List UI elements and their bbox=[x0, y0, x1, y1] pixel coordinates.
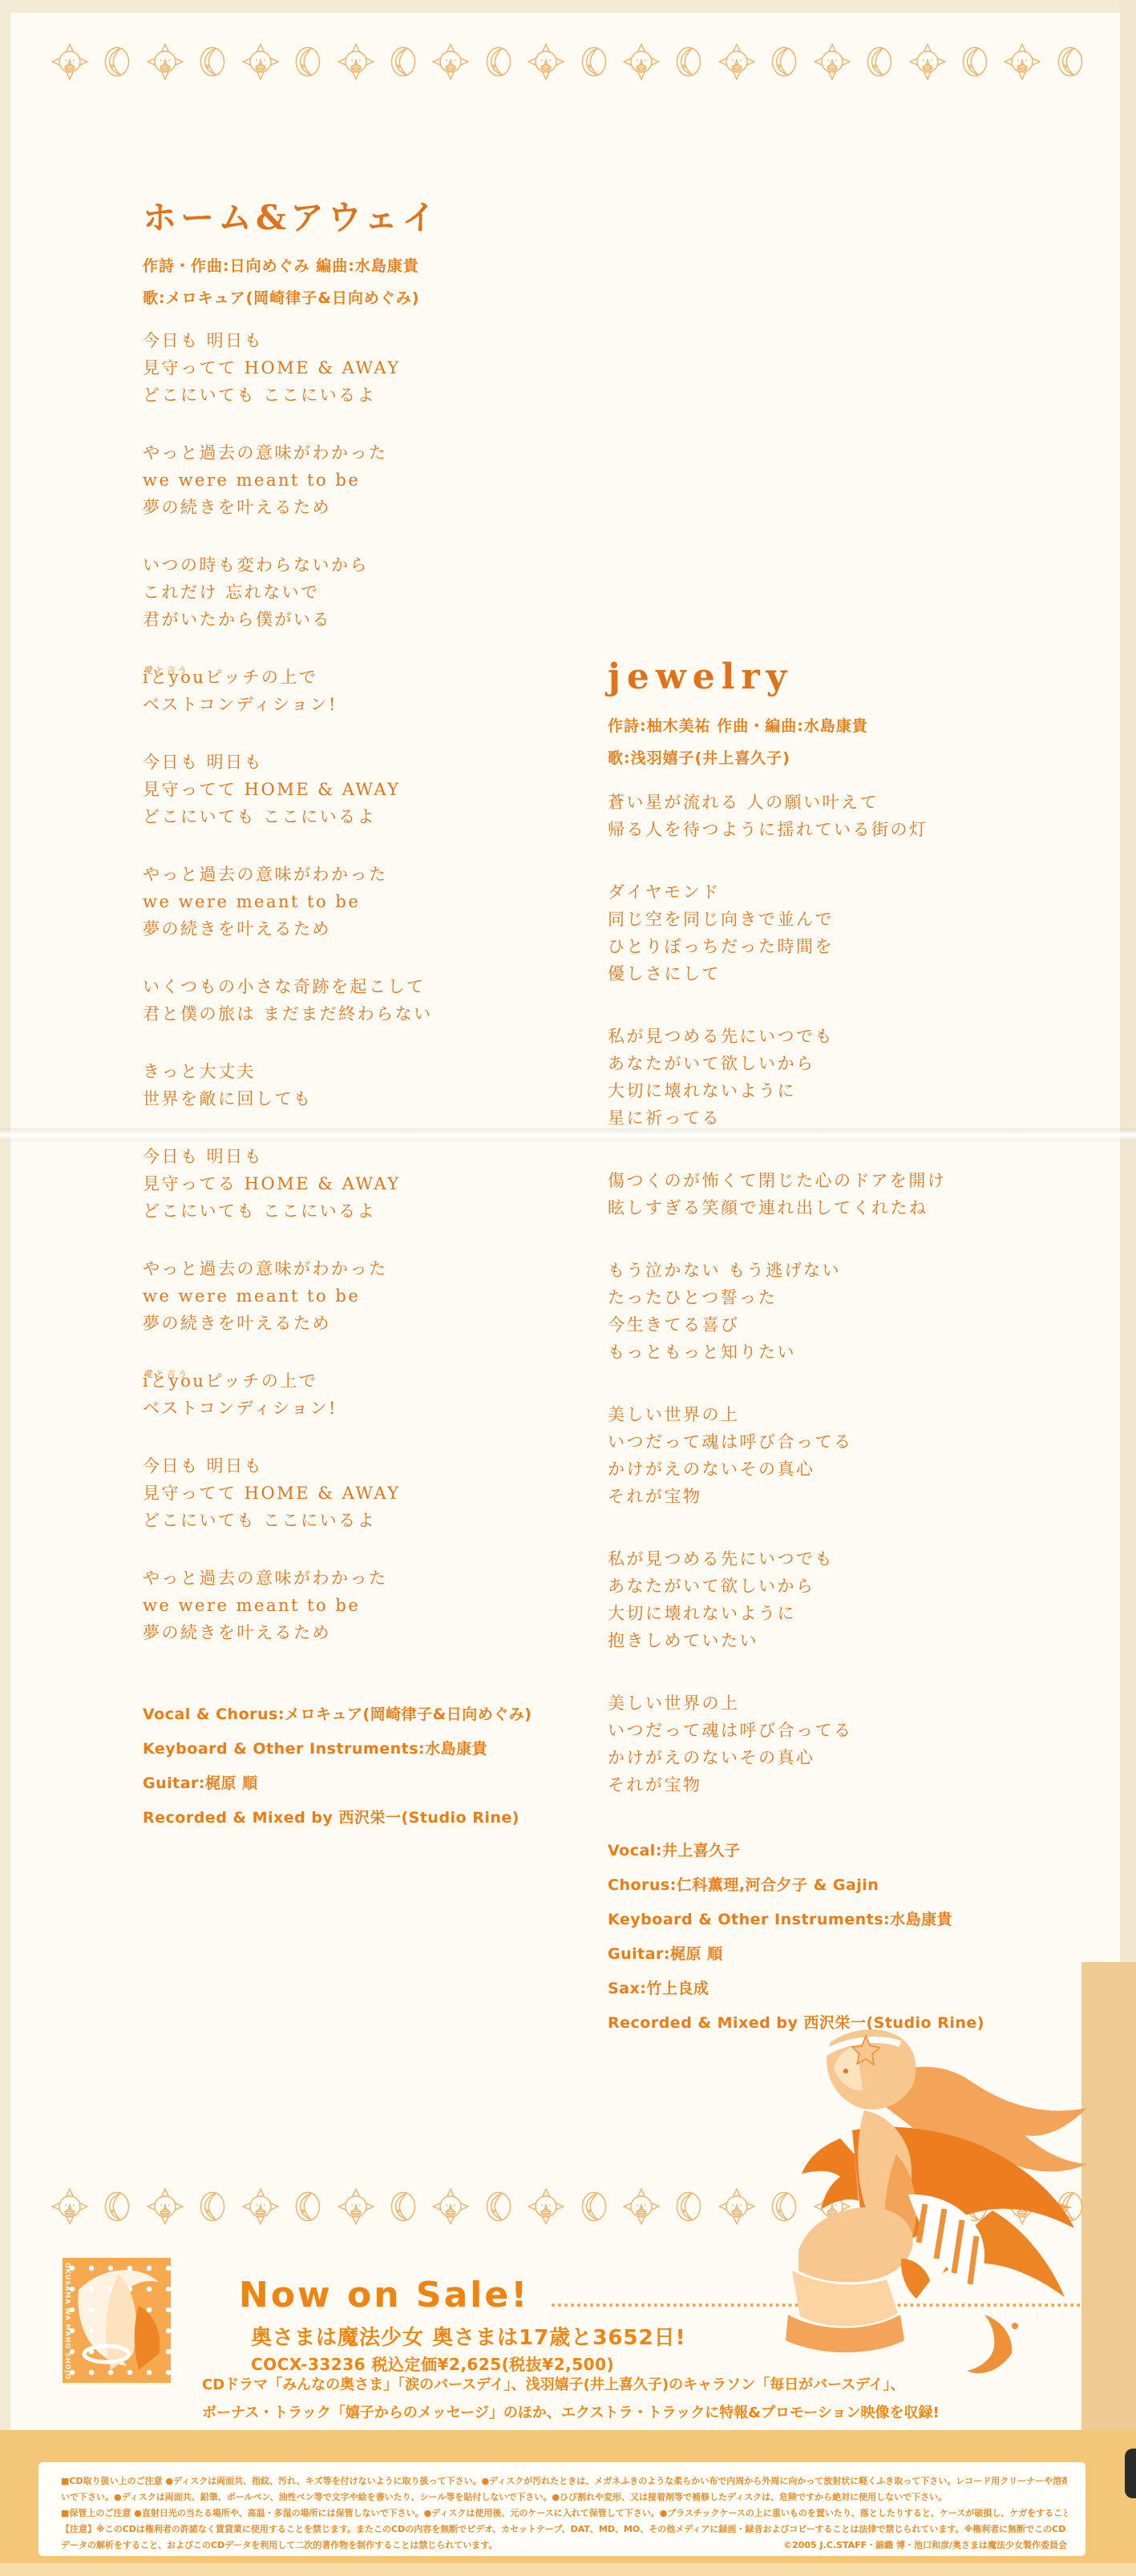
lyric-line: それが宝物 bbox=[608, 1483, 1105, 1510]
lyric-verse: 美しい世界の上いつだって魂は呼び合ってるかけがえのないその真心それが宝物 bbox=[608, 1401, 1105, 1510]
lyric-verse: やっと過去の意味がわかったwe were meant to be夢の続きを叶える… bbox=[143, 861, 596, 943]
now-on-sale-heading: Now on Sale! bbox=[239, 2275, 529, 2316]
lyric-line: 美しい世界の上 bbox=[608, 1690, 1105, 1717]
sun-icon bbox=[1004, 40, 1041, 83]
lyrics-jewelry: 蒼い星が流れる 人の願い叶えて帰る人を待つように揺れている街の灯ダイヤモンド同じ… bbox=[608, 789, 1105, 1799]
lyric-line: 世界を敵に回しても bbox=[143, 1085, 596, 1112]
handling-notice-box: ■CD取り扱い上のご注意 ●ディスクは両面共、指紋、汚れ、キズ等を付けないように… bbox=[38, 2462, 1085, 2556]
moon-icon bbox=[293, 40, 323, 83]
lyric-line: 見守ってて HOME & AWAY bbox=[143, 776, 596, 803]
lyric-line: かけがえのないその真心 bbox=[608, 1744, 1105, 1771]
lyric-line: 優しさにして bbox=[608, 960, 1105, 987]
lyric-line: いつだって魂は呼び合ってる bbox=[608, 1428, 1105, 1456]
hair-dot bbox=[1012, 2323, 1018, 2329]
lyric-line: いつの時も変わらないから bbox=[143, 551, 596, 579]
moon-icon bbox=[483, 40, 514, 83]
lyric-verse: 今日も 明日も見守ってる HOME & AWAYどこにいても ここにいるよ bbox=[143, 1143, 596, 1225]
lyric-line: やっと過去の意味がわかった bbox=[143, 861, 596, 888]
sun-icon bbox=[147, 40, 184, 83]
sun-moon-border-top bbox=[51, 40, 1085, 83]
lyric-verse: いくつもの小さな奇跡を起こして君と僕の旅は まだまだ終わらない bbox=[143, 973, 596, 1028]
lyric-line: 夢の続きを叶えるため bbox=[143, 1310, 596, 1337]
eye bbox=[843, 2069, 848, 2073]
moon-icon bbox=[388, 2185, 418, 2228]
song-credits-jewelry: 作詩:柚木美祐 作曲・編曲:水島康貴歌:浅羽嬉子(井上喜久子) bbox=[608, 710, 1105, 774]
sun-icon bbox=[623, 40, 660, 83]
moon-icon bbox=[197, 2185, 228, 2228]
sun-icon bbox=[432, 2185, 469, 2228]
staff-line: Chorus:仁科薫理,河合夕子 & Gajin bbox=[608, 1868, 1105, 1903]
thigh bbox=[798, 2207, 913, 2283]
lyric-line: we were meant to be bbox=[143, 466, 596, 494]
moon-icon bbox=[102, 2185, 132, 2228]
lyric-line: ひとりぼっちだった時間を bbox=[608, 933, 1105, 960]
scan-dark-notch bbox=[1125, 2449, 1136, 2498]
lyric-line: 今日も 明日も bbox=[143, 1452, 596, 1480]
notice-line: ■保管上のご注意 ●直射日光の当たる場所や、高温・多湿の場所には保管しないで下さ… bbox=[61, 2505, 1067, 2521]
staff-line: Recorded & Mixed by 西沢栄一(Studio Rine) bbox=[143, 1801, 596, 1835]
sun-icon bbox=[338, 40, 374, 83]
lyric-line: どこにいても ここにいるよ bbox=[143, 803, 596, 830]
lyric-line: 帰る人を待つように揺れている街の灯 bbox=[608, 816, 1105, 843]
copyright-text: ©2005 J.C.STAFF・錦織 博・池口和彦/奥さまは魔法少女製作委員会 bbox=[783, 2538, 1067, 2554]
lyric-line: いつだって魂は呼び合ってる bbox=[608, 1717, 1105, 1744]
lyric-line: we were meant to be bbox=[143, 1592, 596, 1619]
lyric-line: きっと大丈夫 bbox=[143, 1058, 596, 1085]
moon-icon bbox=[1055, 40, 1085, 83]
staff-line: Keyboard & Other Instruments:水島康貴 bbox=[608, 1903, 1105, 1937]
song-credits-home-away: 作詩・作曲:日向めぐみ 編曲:水島康貴歌:メロキュア(岡崎律子&日向めぐみ) bbox=[143, 250, 596, 314]
lyric-line: ベストコンディション! bbox=[143, 1395, 596, 1422]
lyric-line: 抱きしめていたい bbox=[608, 1627, 1105, 1654]
moon-icon bbox=[769, 40, 799, 83]
song-jewelry: jewelry 作詩:柚木美祐 作曲・編曲:水島康貴歌:浅羽嬉子(井上喜久子) … bbox=[608, 656, 1105, 2041]
lyric-line: 夢の続きを叶えるため bbox=[143, 1619, 596, 1646]
cape-left-points bbox=[802, 2138, 859, 2209]
sun-icon bbox=[51, 2185, 88, 2228]
lyric-line: かけがえのないその真心 bbox=[608, 1456, 1105, 1483]
sun-icon bbox=[51, 40, 88, 83]
album-description: CDドラマ「みんなの奥さま」「涙のバースデイ」、浅羽嬉子(井上喜久子)のキャラソ… bbox=[202, 2371, 940, 2427]
sun-icon bbox=[147, 2185, 184, 2228]
moon-icon bbox=[102, 40, 132, 83]
lyric-line: 見守ってる HOME & AWAY bbox=[143, 1170, 596, 1197]
sun-icon bbox=[338, 2185, 374, 2228]
song-title-home-away: ホーム&アウェイ bbox=[143, 197, 596, 239]
staff-line: Keyboard & Other Instruments:水島康貴 bbox=[143, 1732, 596, 1766]
lyric-line: 今日も 明日も bbox=[143, 749, 596, 776]
lyric-line: 傷つくのが怖くて閉じた心のドアを開け bbox=[608, 1167, 1105, 1194]
lyric-line: あなたがいて欲しいから bbox=[608, 1573, 1105, 1600]
lyric-line: もう泣かない もう逃げない bbox=[608, 1257, 1105, 1284]
lyric-line: やっと過去の意味がわかった bbox=[143, 1565, 596, 1592]
lyric-line: どこにいても ここにいるよ bbox=[143, 1507, 596, 1534]
furigana: 愛と言う bbox=[144, 657, 189, 684]
lyric-line: 夢の続きを叶えるため bbox=[143, 915, 596, 943]
sun-icon bbox=[718, 40, 755, 83]
lyric-verse: 私が見つめる先にいつでもあなたがいて欲しいから大切に壊れないように抱きしめていた… bbox=[608, 1545, 1105, 1654]
lyric-verse: ダイヤモンド同じ空を同じ向きで並んでひとりぼっちだった時間を優しさにして bbox=[608, 878, 1105, 987]
lyric-line: 蒼い星が流れる 人の願い叶えて bbox=[608, 789, 1105, 816]
lyric-line: それが宝物 bbox=[608, 1771, 1105, 1799]
lyric-line: ベストコンディション! bbox=[143, 691, 596, 718]
lyric-line: 愛と言うiとyouピッチの上で bbox=[143, 1367, 596, 1395]
lyric-line: 大切に壊れないように bbox=[608, 1077, 1105, 1104]
lyric-line: we were meant to be bbox=[143, 888, 596, 915]
lyric-line: これだけ 忘れないで bbox=[143, 579, 596, 606]
scan-edge-top bbox=[0, 0, 1136, 13]
notice-line: 【注意】※このCDは権利者の許諾なく賃貸業に使用することを禁じます。またこのCD… bbox=[61, 2521, 1067, 2538]
lyrics-home-away: 今日も 明日も見守ってて HOME & AWAYどこにいても ここにいるよやっと… bbox=[143, 327, 596, 1646]
glove bbox=[901, 2259, 930, 2299]
lyric-line: いくつもの小さな奇跡を起こして bbox=[143, 973, 596, 1000]
credit-line: 歌:浅羽嬉子(井上喜久子) bbox=[608, 742, 1105, 774]
lyric-verse: 今日も 明日も見守ってて HOME & AWAYどこにいても ここにいるよ bbox=[143, 749, 596, 830]
moon-icon bbox=[864, 40, 895, 83]
cd-spine-text: OKUSAMA WA MAHO SHOJO bbox=[64, 2263, 71, 2380]
lyric-line: やっと過去の意味がわかった bbox=[143, 439, 596, 466]
song-title-jewelry: jewelry bbox=[608, 656, 1105, 699]
lyric-verse: 蒼い星が流れる 人の願い叶えて帰る人を待つように揺れている街の灯 bbox=[608, 789, 1105, 843]
sun-icon bbox=[909, 40, 946, 83]
lyric-line: 君がいたから僕がいる bbox=[143, 606, 596, 633]
hair-curl bbox=[967, 2315, 1012, 2373]
credit-line: 歌:メロキュア(岡崎律子&日向めぐみ) bbox=[143, 282, 596, 314]
moon-icon bbox=[483, 2185, 514, 2228]
lyric-line: どこにいても ここにいるよ bbox=[143, 1197, 596, 1225]
lyric-line: 今日も 明日も bbox=[143, 327, 596, 354]
moon-icon bbox=[579, 2185, 609, 2228]
lyric-line: 眩しすぎる笑顔で連れ出してくれたね bbox=[608, 1194, 1105, 1221]
lyric-line: たったひとつ誓った bbox=[608, 1284, 1105, 1311]
moon-icon bbox=[388, 40, 418, 83]
handling-notice-text: ■CD取り扱い上のご注意 ●ディスクは両面共、指紋、汚れ、キズ等を付けないように… bbox=[61, 2473, 1067, 2554]
desc-line: ボーナス・トラック「嬉子からのメッセージ」のほか、エクストラ・トラックに特報&プ… bbox=[202, 2399, 940, 2427]
notice-last-line: データの解析をすること、およびこのCDデータを利用して二次的著作物を制作すること… bbox=[61, 2538, 1067, 2554]
lyric-verse: いつの時も変わらないからこれだけ 忘れないで君がいたから僕がいる bbox=[143, 551, 596, 633]
credit-line: 作詩・作曲:日向めぐみ 編曲:水島康貴 bbox=[143, 250, 596, 282]
lyric-verse: きっと大丈夫世界を敵に回しても bbox=[143, 1058, 596, 1112]
staff-credits-home-away: Vocal & Chorus:メロキュア(岡崎律子&日向めぐみ)Keyboard… bbox=[143, 1698, 596, 1835]
lyric-line: 見守ってて HOME & AWAY bbox=[143, 354, 596, 382]
lyric-line: 美しい世界の上 bbox=[608, 1401, 1105, 1428]
lyric-verse: 愛と言うiとyouピッチの上でベストコンディション! bbox=[143, 1367, 596, 1422]
lyric-line: 今日も 明日も bbox=[143, 1143, 596, 1170]
lyric-verse: やっと過去の意味がわかったwe were meant to be夢の続きを叶える… bbox=[143, 1565, 596, 1646]
sun-icon bbox=[528, 2185, 564, 2228]
scan-edge-left bbox=[0, 0, 10, 2576]
lyric-line: 私が見つめる先にいつでも bbox=[608, 1023, 1105, 1050]
scan-edge-bottom bbox=[0, 2563, 1136, 2576]
lyric-verse: 私が見つめる先にいつでもあなたがいて欲しいから大切に壊れないように星に祈ってる bbox=[608, 1023, 1105, 1132]
lyric-line: どこにいても ここにいるよ bbox=[143, 382, 596, 409]
lyric-verse: やっと過去の意味がわかったwe were meant to be夢の続きを叶える… bbox=[143, 1255, 596, 1337]
staff-line: Vocal:井上喜久子 bbox=[608, 1834, 1105, 1868]
notice-line: ■CD取り扱い上のご注意 ●ディスクは両面共、指紋、汚れ、キズ等を付けないように… bbox=[61, 2473, 1067, 2489]
staff-line: Guitar:梶原 順 bbox=[608, 1937, 1105, 1972]
staff-line: Vocal & Chorus:メロキュア(岡崎律子&日向めぐみ) bbox=[143, 1698, 596, 1732]
sun-icon bbox=[814, 40, 851, 83]
sun-icon bbox=[623, 2185, 660, 2228]
moon-icon bbox=[673, 40, 704, 83]
sun-icon bbox=[242, 2185, 279, 2228]
furigana: 愛と言う bbox=[144, 1361, 189, 1388]
cd-cover-thumbnail: OKUSAMA WA MAHO SHOJO bbox=[63, 2258, 171, 2383]
credit-line: 作詩:柚木美祐 作曲・編曲:水島康貴 bbox=[608, 710, 1105, 742]
moon-icon bbox=[673, 2185, 704, 2228]
moon-icon bbox=[579, 40, 609, 83]
lyric-line: 夢の続きを叶えるため bbox=[143, 494, 596, 521]
album-title: 奥さまは魔法少女 奥さまは17歳と3652日! bbox=[251, 2321, 685, 2351]
lyric-verse: 今日も 明日も見守ってて HOME & AWAYどこにいても ここにいるよ bbox=[143, 327, 596, 409]
notice-line: データの解析をすること、およびこのCDデータを利用して二次的著作物を制作すること… bbox=[61, 2538, 497, 2554]
notice-line: いで下さい。●ディスクは両面共、鉛筆、ボールペン、油性ペン等で文字や絵を書いたり… bbox=[61, 2489, 1067, 2505]
lyric-line: もっともっと知りたい bbox=[608, 1338, 1105, 1366]
lyric-verse: 傷つくのが怖くて閉じた心のドアを開け眩しすぎる笑顔で連れ出してくれたね bbox=[608, 1167, 1105, 1221]
lyric-line: 見守ってて HOME & AWAY bbox=[143, 1480, 596, 1507]
moon-icon bbox=[960, 40, 990, 83]
staff-line: Guitar:梶原 順 bbox=[143, 1766, 596, 1801]
lyric-verse: やっと過去の意味がわかったwe were meant to be夢の続きを叶える… bbox=[143, 439, 596, 521]
lyric-line: ダイヤモンド bbox=[608, 878, 1105, 906]
song-home-and-away: ホーム&アウェイ 作詩・作曲:日向めぐみ 編曲:水島康貴歌:メロキュア(岡崎律子… bbox=[143, 197, 596, 1835]
booklet-page: ホーム&アウェイ 作詩・作曲:日向めぐみ 編曲:水島康貴歌:メロキュア(岡崎律子… bbox=[0, 0, 1136, 2576]
sun-icon bbox=[432, 40, 469, 83]
lyric-line: やっと過去の意味がわかった bbox=[143, 1255, 596, 1282]
lyric-line: 同じ空を同じ向きで並んで bbox=[608, 906, 1105, 933]
lyric-line: 愛と言うiとyouピッチの上で bbox=[143, 664, 596, 691]
moon-icon bbox=[293, 2185, 323, 2228]
lyric-line: 星に祈ってる bbox=[608, 1104, 1105, 1132]
moon-icon bbox=[197, 40, 228, 83]
sun-icon bbox=[528, 40, 564, 83]
magical-girl-illustration bbox=[744, 1994, 1090, 2377]
lyric-line: 私が見つめる先にいつでも bbox=[608, 1545, 1105, 1573]
lyric-verse: 愛と言うiとyouピッチの上でベストコンディション! bbox=[143, 664, 596, 718]
lyric-verse: もう泣かない もう逃げないたったひとつ誓った今生きてる喜びもっともっと知りたい bbox=[608, 1257, 1105, 1366]
lyric-line: あなたがいて欲しいから bbox=[608, 1050, 1105, 1077]
sun-icon bbox=[242, 40, 279, 83]
lyric-verse: 今日も 明日も見守ってて HOME & AWAYどこにいても ここにいるよ bbox=[143, 1452, 596, 1534]
lyric-line: we were meant to be bbox=[143, 1282, 596, 1310]
lyric-line: 君と僕の旅は まだまだ終わらない bbox=[143, 1000, 596, 1028]
lyric-line: 大切に壊れないように bbox=[608, 1600, 1105, 1627]
lyric-line: 今生きてる喜び bbox=[608, 1311, 1105, 1338]
lyric-verse: 美しい世界の上いつだって魂は呼び合ってるかけがえのないその真心それが宝物 bbox=[608, 1690, 1105, 1799]
